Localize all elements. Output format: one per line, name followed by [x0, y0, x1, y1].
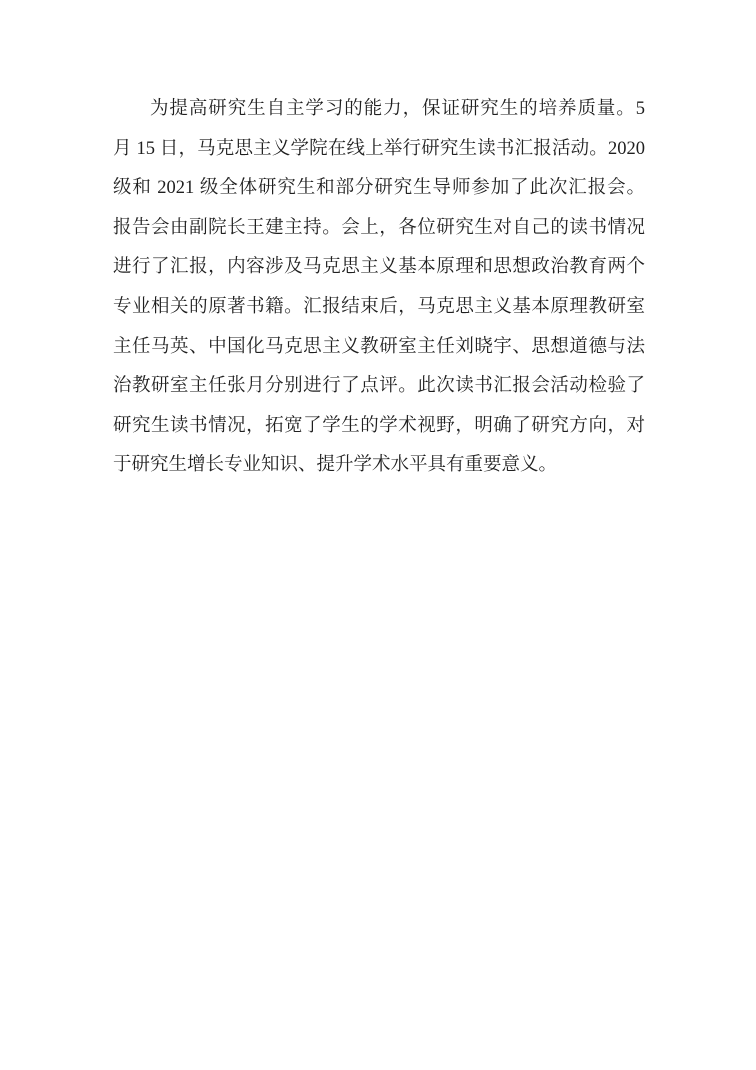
paragraph-line: 报告会由副院长王建主持。会上，各位研究生对自己的读书情况 — [113, 209, 645, 249]
paragraph-line: 于研究生增长专业知识、提升学术水平具有重要意义。 — [113, 446, 645, 486]
body-paragraph: 为提高研究生自主学习的能力，保证研究生的培养质量。5 月 15 日，马克思主义学… — [113, 90, 645, 486]
paragraph-line: 专业相关的原著书籍。汇报结束后，马克思主义基本原理教研室 — [113, 288, 645, 328]
paragraph-line: 月 15 日，马克思主义学院在线上举行研究生读书汇报活动。2020 — [113, 130, 645, 170]
paragraph-line: 治教研室主任张月分别进行了点评。此次读书汇报会活动检验了 — [113, 367, 645, 407]
paragraph-line: 进行了汇报，内容涉及马克思主义基本原理和思想政治教育两个 — [113, 248, 645, 288]
paragraph-line: 级和 2021 级全体研究生和部分研究生导师参加了此次汇报会。 — [113, 169, 645, 209]
document-page: 为提高研究生自主学习的能力，保证研究生的培养质量。5 月 15 日，马克思主义学… — [0, 0, 756, 1070]
paragraph-line: 主任马英、中国化马克思主义教研室主任刘晓宇、思想道德与法 — [113, 328, 645, 368]
paragraph-line: 为提高研究生自主学习的能力，保证研究生的培养质量。5 — [113, 90, 645, 130]
paragraph-line: 研究生读书情况，拓宽了学生的学术视野，明确了研究方向，对 — [113, 407, 645, 447]
